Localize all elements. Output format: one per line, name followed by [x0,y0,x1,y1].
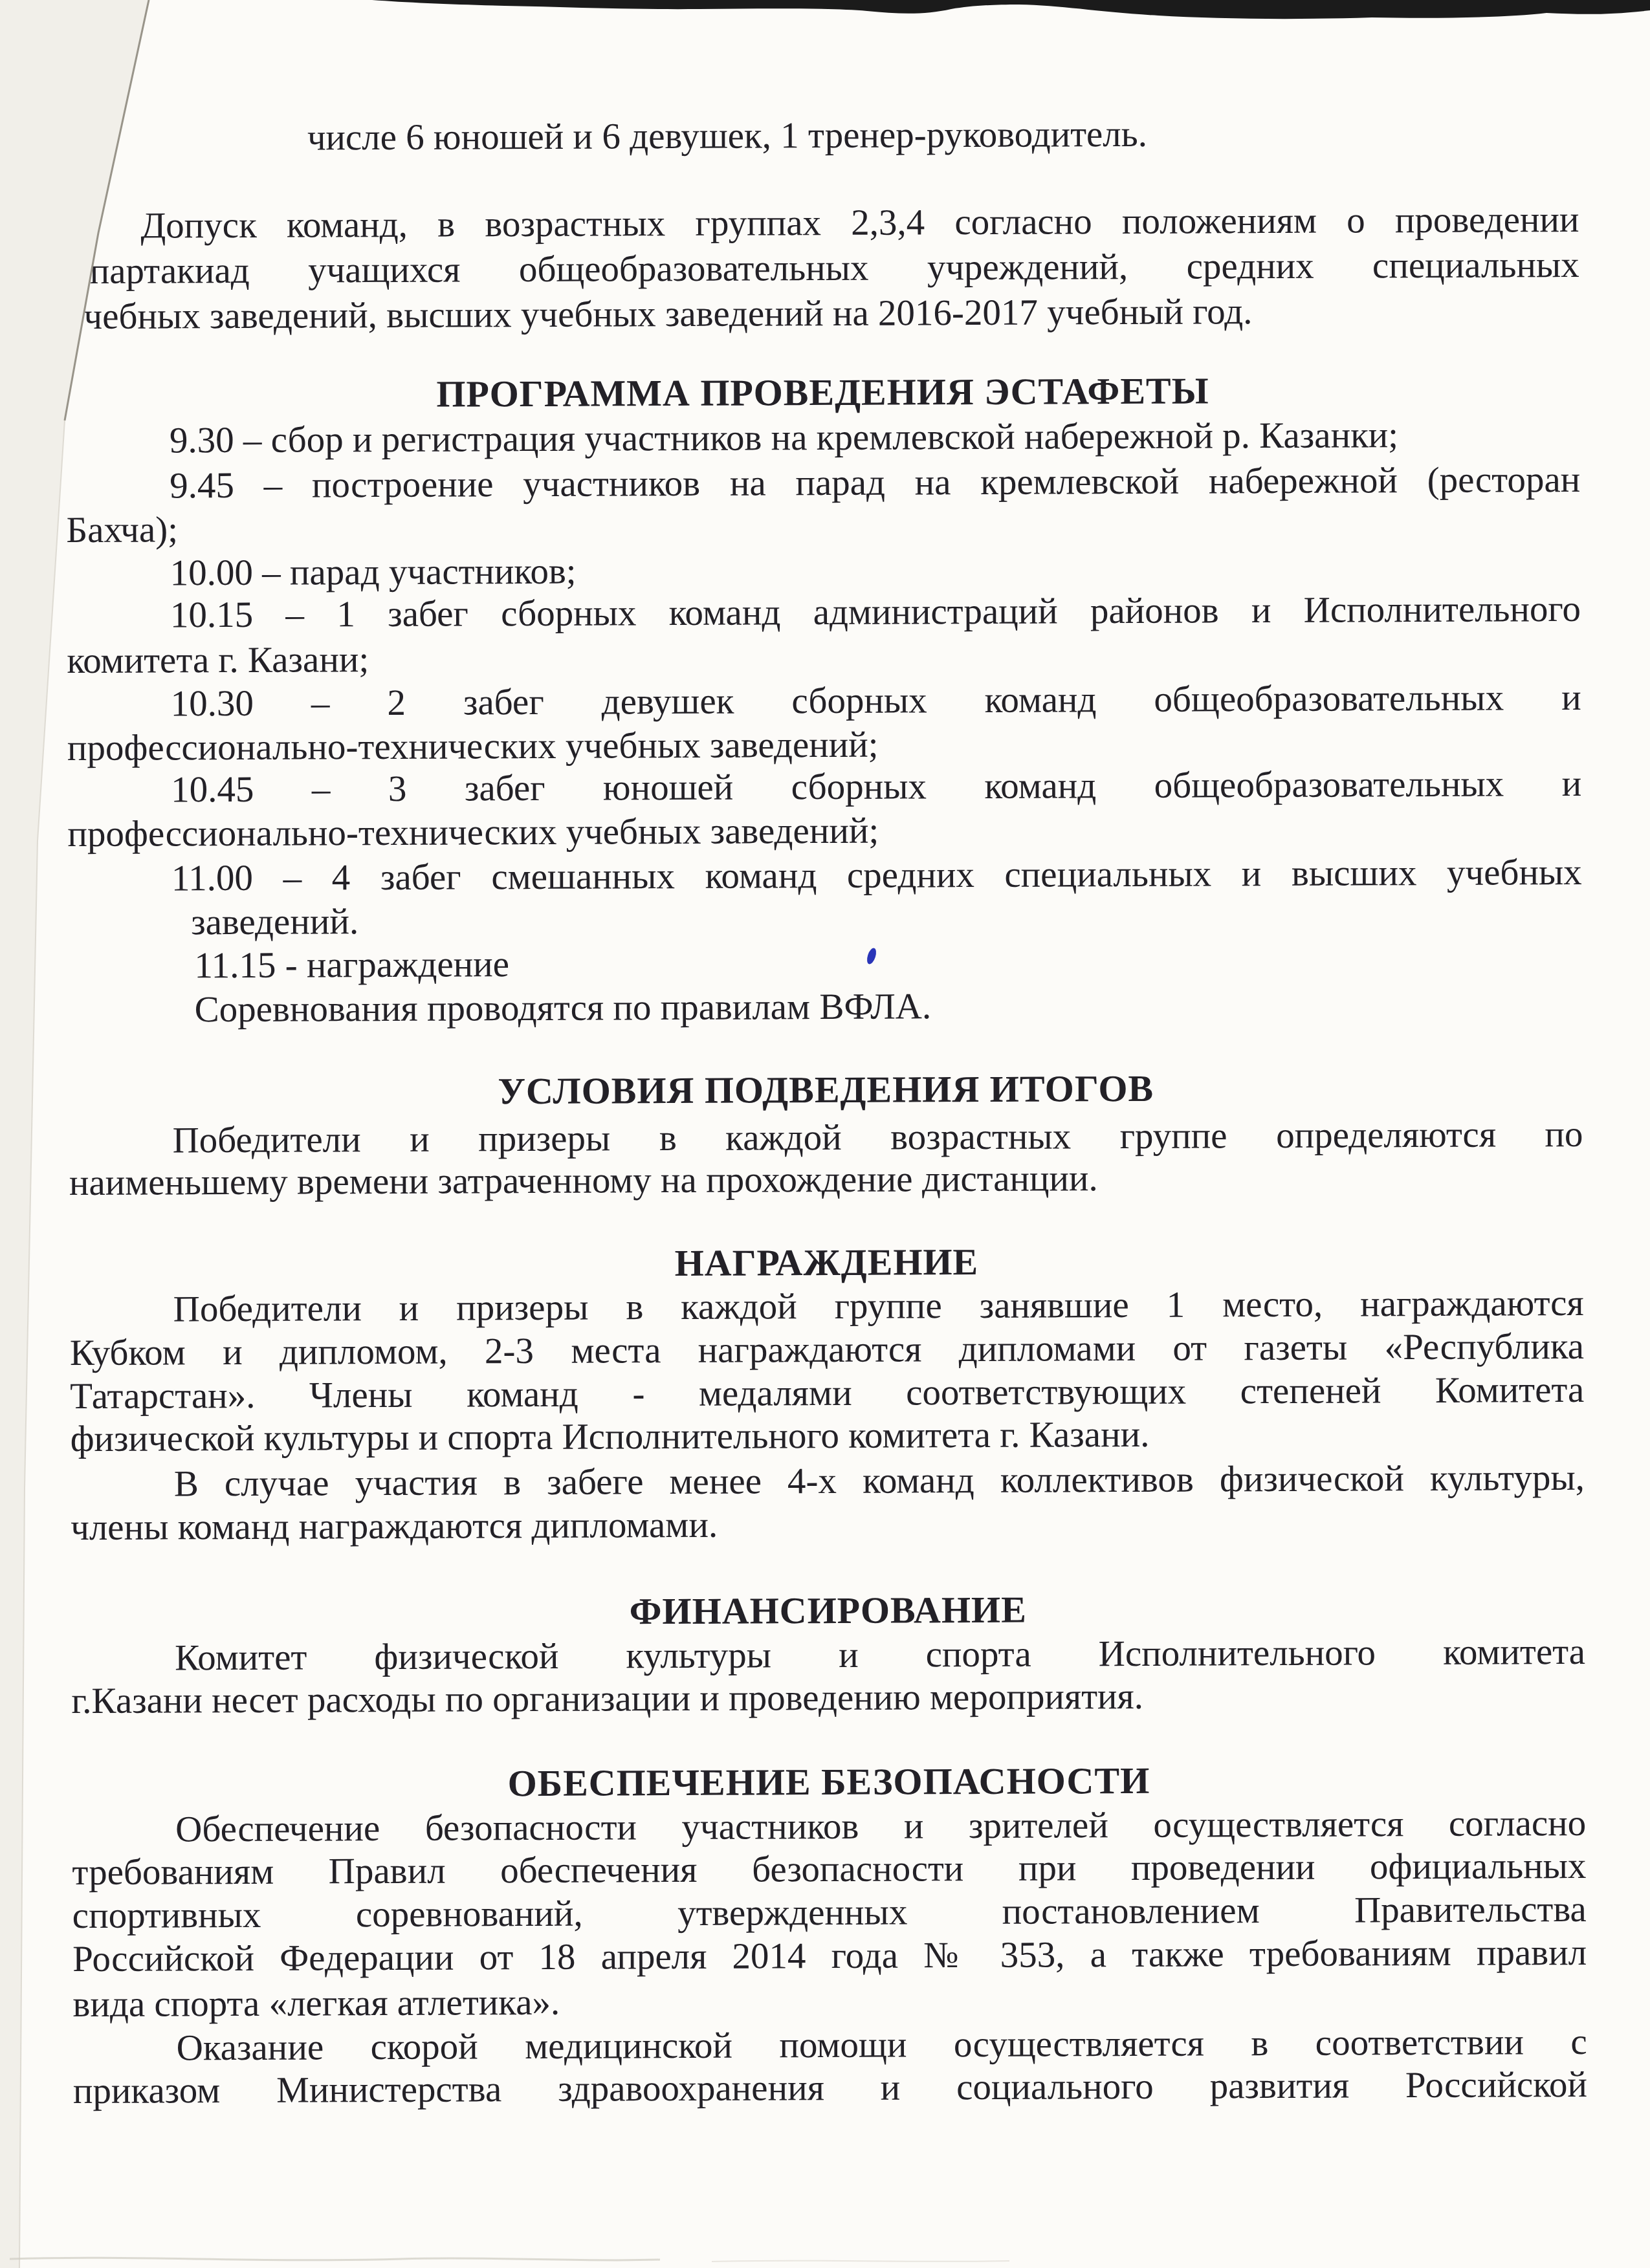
text-line: Обеспечение безопасности участников и зр… [72,1803,1586,1851]
scanned-document-page: числе 6 юношей и 6 девушек, 1 тренер-рук… [0,0,1650,2268]
section-heading-awards: НАГРАЖДЕНИЕ [69,1239,1583,1287]
section-heading-financing: ФИНАНСИРОВАНИЕ [71,1587,1585,1635]
text-line: Кубком и дипломом, 2-3 места награждаютс… [70,1326,1584,1374]
text-line: Татарстан». Члены команд - медалями соот… [70,1369,1584,1417]
text-line: 11.15 - награждение [194,944,509,987]
text-line: 10.15 – 1 забег сборных команд администр… [67,589,1581,637]
text-line: 10.45 – 3 забег юношей сборных команд об… [67,763,1581,811]
document-text-layer: числе 6 юношей и 6 девушек, 1 тренер-рук… [0,0,1650,2268]
text-line: Российской Федерации от 18 апреля 2014 г… [72,1932,1587,1980]
text-line: Допуск команд, в возрастных группах 2,3,… [65,199,1579,247]
text-line: 10.30 – 2 забег девушек сборных команд о… [67,677,1581,725]
text-line: члены команд награждаются дипломами. [71,1505,718,1549]
text-line: наименьшему времени затраченному на прох… [69,1158,1098,1204]
text-line: 11.00 – 4 забег смешанных команд средних… [68,852,1582,900]
text-line: В случае участия в забеге менее 4-х кома… [71,1457,1585,1505]
section-heading-results: УСЛОВИЯ ПОДВЕДЕНИЯ ИТОГОВ [69,1066,1583,1114]
section-heading-program: ПРОГРАММА ПРОВЕДЕНИЯ ЭСТАФЕТЫ [65,369,1579,417]
text-line: профессионально-технических учебных заве… [67,725,879,769]
text-line: Победители и призеры в каждой группе зан… [70,1283,1584,1331]
text-line: Победители и призеры в каждой возрастных… [69,1114,1583,1162]
text-line: комитета г. Казани; [67,639,369,682]
text-line: Оказание скорой медицинской помощи осуще… [73,2022,1587,2069]
text-line: 9.30 – сбор и регистрация участников на … [170,415,1399,461]
text-line: учебных заведений, высших учебных заведе… [65,291,1253,338]
text-line: требованиям Правил обеспечения безопасно… [72,1846,1586,1893]
text-line: Бахча); [66,509,178,551]
text-line: заведений. [191,901,358,943]
section-heading-safety: ОБЕСПЕЧЕНИЕ БЕЗОПАСНОСТИ [72,1758,1586,1806]
text-line: приказом Министерства здравоохранения и … [73,2064,1587,2112]
text-line: Спартакиад учащихся общеобразовательных … [65,245,1579,292]
text-line: вида спорта «легкая атлетика». [72,1982,560,2025]
text-line: спортивных соревнований, утвержденных по… [72,1889,1587,1937]
text-line: Комитет физической культуры и спорта Исп… [71,1631,1585,1679]
text-line: Соревнования проводятся по правилам ВФЛА… [195,986,932,1030]
text-line: числе 6 юношей и 6 девушек, 1 тренер-рук… [307,114,1147,159]
text-line: г.Казани несет расходы по организации и … [71,1676,1143,1722]
text-line: 9.45 – построение участников на парад на… [66,459,1580,507]
text-line: 10.00 – парад участников; [170,551,577,594]
text-line: физической культуры и спорта Исполнитель… [70,1414,1149,1460]
text-line: профессионально-технических учебных заве… [67,811,879,855]
